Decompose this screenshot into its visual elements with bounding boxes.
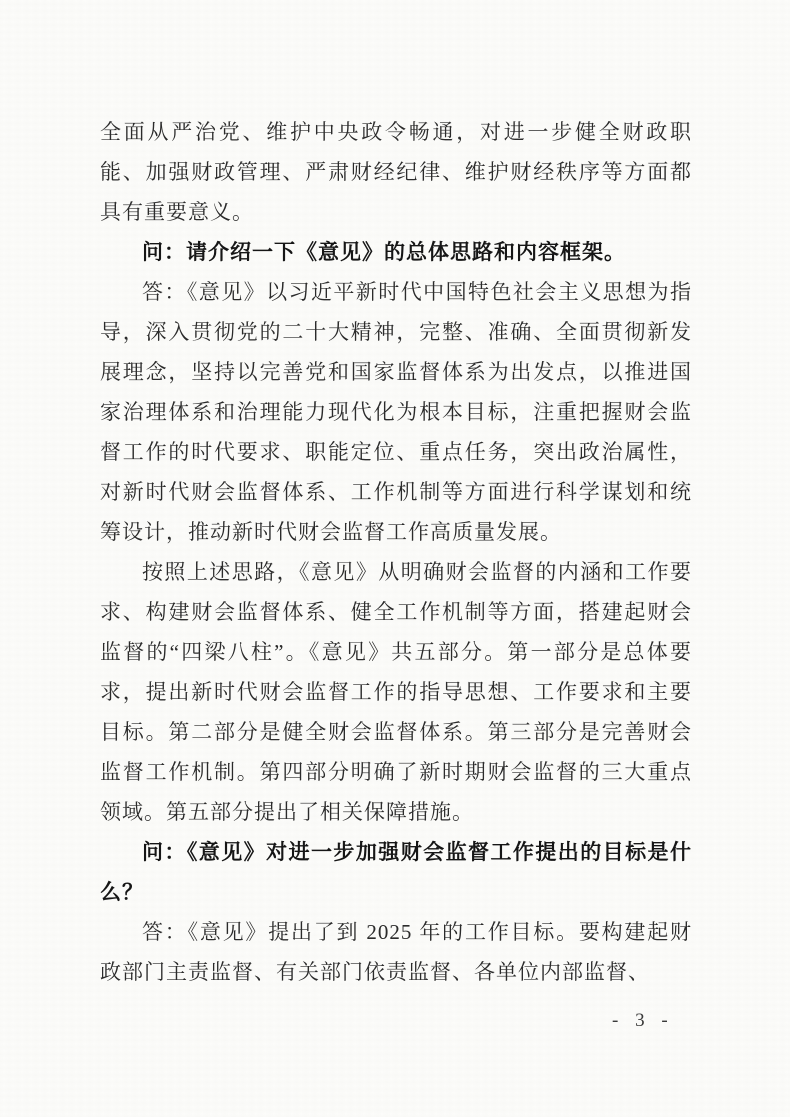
body-paragraph: 全面从严治党、维护中央政令畅通，对进一步健全财政职能、加强财政管理、严肃财经纪律… <box>100 112 692 232</box>
body-paragraph: 按照上述思路，《意见》从明确财会监督的内涵和工作要求、构建财会监督体系、健全工作… <box>100 552 692 832</box>
page-number: - 3 - <box>612 1010 674 1032</box>
document-text: 全面从严治党、维护中央政令畅通，对进一步健全财政职能、加强财政管理、严肃财经纪律… <box>100 112 692 992</box>
document-page: 全面从严治党、维护中央政令畅通，对进一步健全财政职能、加强财政管理、严肃财经纪律… <box>0 0 790 1117</box>
question-paragraph: 问：请介绍一下《意见》的总体思路和内容框架。 <box>100 232 692 272</box>
body-paragraph: 答：《意见》以习近平新时代中国特色社会主义思想为指导，深入贯彻党的二十大精神，完… <box>100 272 692 552</box>
body-paragraph: 答：《意见》提出了到 2025 年的工作目标。要构建起财政部门主责监督、有关部门… <box>100 912 692 992</box>
question-paragraph: 问：《意见》对进一步加强财会监督工作提出的目标是什么？ <box>100 832 692 912</box>
